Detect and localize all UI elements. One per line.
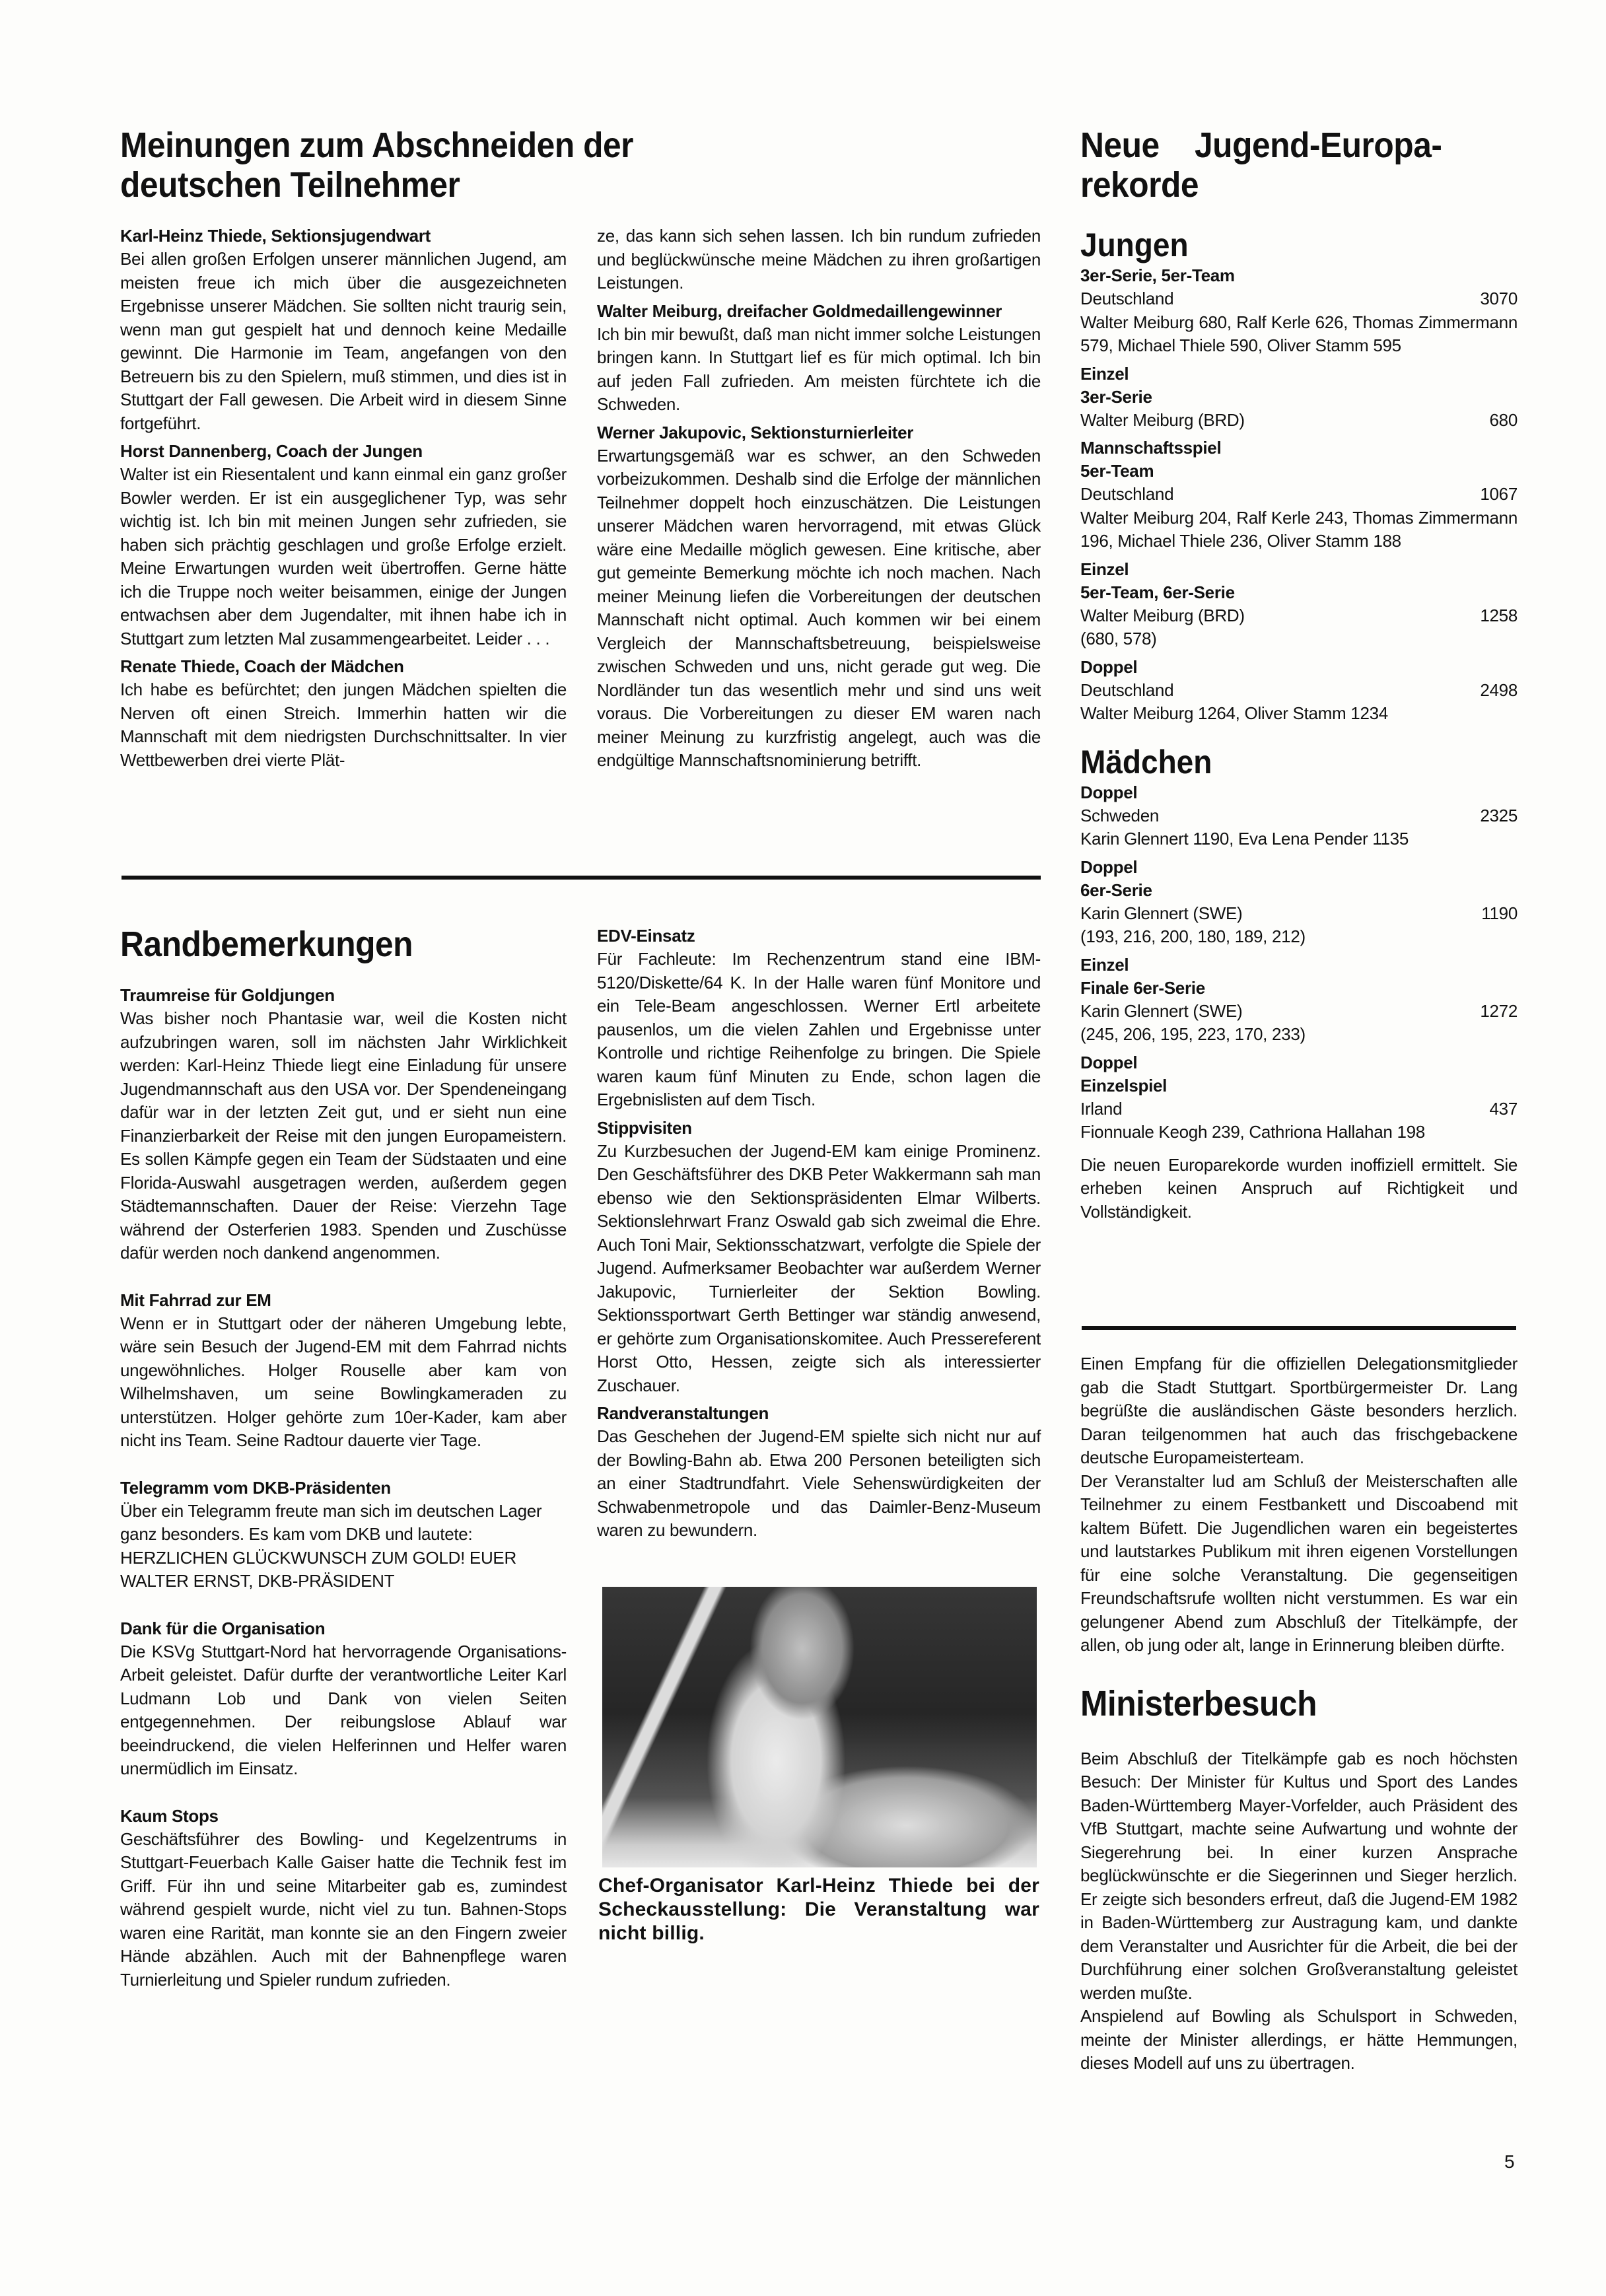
- record-entrant: Deutschland: [1080, 679, 1173, 703]
- note-traumreise: Traumreise für Goldjungen Was bisher noc…: [120, 984, 567, 1265]
- reception-column: Einen Empfang für die offiziellen Delega…: [1080, 1352, 1518, 2075]
- opinion-heading: Werner Jakupovic, Sektionsturnierleiter: [597, 421, 1041, 444]
- minister-paragraph-2: Anspielend auf Bowling als Schulsport in…: [1080, 2005, 1518, 2075]
- record-entry: Doppel Schweden 2325 Karin Glennert 1190…: [1080, 781, 1518, 851]
- note-kaum-stops: Kaum Stops Geschäftsführer des Bowling- …: [120, 1805, 567, 1992]
- record-row: Schweden 2325: [1080, 804, 1518, 828]
- minister-title: Ministerbesuch: [1080, 1684, 1483, 1723]
- record-score: 2498: [1480, 679, 1518, 703]
- note-text: Was bisher noch Phantasie war, weil die …: [120, 1007, 567, 1265]
- record-subcategory: 5er-Team: [1080, 460, 1518, 483]
- record-entrant: Karin Glennert (SWE): [1080, 1000, 1242, 1024]
- opinion-text: Erwartungsgemäß war es schwer, an den Sc…: [597, 444, 1041, 773]
- record-row: Karin Glennert (SWE) 1272: [1080, 1000, 1518, 1024]
- record-row: Irland 437: [1080, 1097, 1518, 1121]
- note-fahrrad: Mit Fahrrad zur EM Wenn er in Stuttgart …: [120, 1289, 567, 1453]
- record-subcategory: 5er-Team, 6er-Serie: [1080, 581, 1518, 604]
- opinion-jakupovic: Werner Jakupovic, Sektionsturnierleiter …: [597, 421, 1041, 773]
- record-detail: Karin Glennert 1190, Eva Lena Pender 113…: [1080, 827, 1518, 851]
- telegram-quote: HERZLICHEN GLÜCKWUNSCH ZUM GOLD! EUER WA…: [120, 1547, 567, 1593]
- opinion-text: Walter ist ein Riesentalent und kann ein…: [120, 463, 567, 650]
- record-score: 680: [1490, 409, 1518, 433]
- opinion-heading: Walter Meiburg, dreifacher Goldmedaillen…: [597, 300, 1041, 323]
- note-heading: Kaum Stops: [120, 1805, 567, 1828]
- record-row: Deutschland 3070: [1080, 287, 1518, 311]
- group-heading-maedchen: Mädchen: [1080, 743, 1483, 781]
- opinion-text-part-2: ze, das kann sich sehen lassen. Ich bin …: [597, 225, 1041, 295]
- record-entrant: Schweden: [1080, 804, 1159, 828]
- opinion-heading: Horst Dannenberg, Coach der Jungen: [120, 440, 567, 463]
- record-detail: (245, 206, 195, 223, 170, 233): [1080, 1023, 1518, 1047]
- record-score: 3070: [1480, 287, 1518, 311]
- photo-karl-heinz-thiede: [602, 1587, 1037, 1867]
- note-text: Für Fachleute: Im Rechenzentrum stand ei…: [597, 948, 1041, 1112]
- record-score: 437: [1490, 1097, 1518, 1121]
- note-text: Die KSVg Stuttgart-Nord hat hervorragend…: [120, 1640, 567, 1781]
- records-title-line-2: rekorde: [1080, 165, 1483, 205]
- records-divider-rule: [1082, 1326, 1516, 1330]
- record-subcategory: 3er-Serie: [1080, 386, 1518, 409]
- minister-paragraph-1: Beim Abschluß der Titelkämpfe gab es noc…: [1080, 1747, 1518, 2005]
- record-entry: 3er-Serie, 5er-Team Deutschland 3070 Wal…: [1080, 264, 1518, 358]
- opinion-dannenberg: Horst Dannenberg, Coach der Jungen Walte…: [120, 440, 567, 650]
- opinion-heading: Renate Thiede, Coach der Mädchen: [120, 655, 567, 678]
- note-text: Zu Kurzbesuchen der Jugend-EM kam einige…: [597, 1140, 1041, 1398]
- record-entry: Doppel Einzelspiel Irland 437 Fionnuale …: [1080, 1051, 1518, 1144]
- opinion-text: Bei allen großen Erfolgen unserer männli…: [120, 248, 567, 435]
- opinions-column-1: Karl-Heinz Thiede, Sektionsjugendwart Be…: [120, 225, 567, 777]
- record-subcategory: 6er-Serie: [1080, 879, 1518, 902]
- note-edv: EDV-Einsatz Für Fachleute: Im Rechenzent…: [597, 924, 1041, 1112]
- record-entry: Mannschaftsspiel 5er-Team Deutschland 10…: [1080, 436, 1518, 553]
- record-detail: Fionnuale Keogh 239, Cathriona Hallahan …: [1080, 1121, 1518, 1144]
- record-entrant: Walter Meiburg (BRD): [1080, 604, 1245, 628]
- record-row: Walter Meiburg (BRD) 680: [1080, 409, 1518, 433]
- note-heading: Dank für die Organisation: [120, 1617, 567, 1640]
- record-category: Einzel: [1080, 363, 1518, 386]
- marginalia-column-2: EDV-Einsatz Für Fachleute: Im Rechenzent…: [597, 924, 1041, 1547]
- record-entry: Einzel Finale 6er-Serie Karin Glennert (…: [1080, 954, 1518, 1047]
- note-text: Über ein Telegramm freute man sich im de…: [120, 1500, 567, 1547]
- record-category: Einzel: [1080, 558, 1518, 581]
- record-score: 1258: [1480, 604, 1518, 628]
- record-entrant: Deutschland: [1080, 483, 1173, 506]
- record-entry: Doppel Deutschland 2498 Walter Meiburg 1…: [1080, 656, 1518, 726]
- opinions-column-2: ze, das kann sich sehen lassen. Ich bin …: [597, 225, 1041, 777]
- note-telegramm: Telegramm vom DKB-Präsidenten Über ein T…: [120, 1477, 567, 1593]
- record-score: 1067: [1480, 483, 1518, 506]
- photo-caption: Chef-Organisator Karl-Heinz Thiede bei d…: [598, 1874, 1039, 1945]
- note-heading: Stippvisiten: [597, 1117, 1041, 1140]
- section-divider-rule: [122, 876, 1041, 880]
- record-detail: Walter Meiburg 680, Ralf Kerle 626, Thom…: [1080, 311, 1518, 358]
- opinions-title-line-1: Meinungen zum Abschneiden der: [120, 125, 728, 165]
- note-heading: Randveranstaltungen: [597, 1402, 1041, 1425]
- record-category: Doppel: [1080, 781, 1518, 804]
- record-category: Doppel: [1080, 1051, 1518, 1074]
- record-score: 1190: [1481, 902, 1518, 926]
- record-score: 2325: [1480, 804, 1518, 828]
- reception-paragraph-2: Der Veranstalter lud am Schluß der Meist…: [1080, 1470, 1518, 1657]
- record-row: Walter Meiburg (BRD) 1258: [1080, 604, 1518, 628]
- record-score: 1272: [1480, 1000, 1518, 1024]
- record-category: Doppel: [1080, 856, 1518, 879]
- record-category: Mannschaftsspiel: [1080, 436, 1518, 460]
- opinion-renate-thiede-cont: ze, das kann sich sehen lassen. Ich bin …: [597, 225, 1041, 295]
- note-randveranstaltungen: Randveranstaltungen Das Geschehen der Ju…: [597, 1402, 1041, 1543]
- opinion-text: Ich bin mir bewußt, daß man nicht immer …: [597, 323, 1041, 417]
- record-subcategory: Finale 6er-Serie: [1080, 977, 1518, 1000]
- reception-paragraph-1: Einen Empfang für die offiziellen Delega…: [1080, 1352, 1518, 1470]
- record-row: Karin Glennert (SWE) 1190: [1080, 902, 1518, 926]
- records-column: Neue Jugend-Europa- rekorde Jungen 3er-S…: [1080, 125, 1518, 1224]
- record-category: 3er-Serie, 5er-Team: [1080, 264, 1518, 287]
- opinion-heading: Karl-Heinz Thiede, Sektionsjugendwart: [120, 225, 567, 248]
- marginalia-title: Randbemerkungen: [120, 924, 438, 964]
- note-heading: Telegramm vom DKB-Präsidenten: [120, 1477, 567, 1500]
- record-entry: Einzel 3er-Serie Walter Meiburg (BRD) 68…: [1080, 363, 1518, 433]
- opinions-title: Meinungen zum Abschneiden der deutschen …: [120, 125, 781, 205]
- note-text: Geschäftsführer des Bowling- und Kegelze…: [120, 1828, 567, 1992]
- record-entrant: Karin Glennert (SWE): [1080, 902, 1242, 926]
- marginalia-column-1: Traumreise für Goldjungen Was bisher noc…: [120, 984, 567, 1992]
- opinion-meiburg: Walter Meiburg, dreifacher Goldmedaillen…: [597, 300, 1041, 417]
- group-heading-jungen: Jungen: [1080, 226, 1483, 264]
- record-subcategory: Einzelspiel: [1080, 1074, 1518, 1097]
- record-row: Deutschland 2498: [1080, 679, 1518, 703]
- record-detail: (193, 216, 200, 180, 189, 212): [1080, 925, 1518, 949]
- records-disclaimer: Die neuen Europarekorde wurden inoffizie…: [1080, 1154, 1518, 1224]
- record-entrant: Walter Meiburg (BRD): [1080, 409, 1245, 433]
- record-row: Deutschland 1067: [1080, 483, 1518, 506]
- record-entrant: Deutschland: [1080, 287, 1173, 311]
- opinion-text-part-1: Ich habe es befürchtet; den jungen Mädch…: [120, 678, 567, 772]
- record-entrant: Irland: [1080, 1097, 1122, 1121]
- record-detail: (680, 578): [1080, 627, 1518, 651]
- opinion-thiede: Karl-Heinz Thiede, Sektionsjugendwart Be…: [120, 225, 567, 435]
- record-category: Einzel: [1080, 954, 1518, 977]
- photo-caption-text: Chef-Organisator Karl-Heinz Thiede bei d…: [598, 1874, 1039, 1945]
- record-detail: Walter Meiburg 1264, Oliver Stamm 1234: [1080, 702, 1518, 726]
- marginalia-title-text: Randbemerkungen: [120, 924, 413, 964]
- record-entry: Einzel 5er-Team, 6er-Serie Walter Meibur…: [1080, 558, 1518, 651]
- record-entry: Doppel 6er-Serie Karin Glennert (SWE) 11…: [1080, 856, 1518, 949]
- opinions-title-line-2: deutschen Teilnehmer: [120, 165, 728, 205]
- record-detail: Walter Meiburg 204, Ralf Kerle 243, Thom…: [1080, 506, 1518, 553]
- note-heading: Mit Fahrrad zur EM: [120, 1289, 567, 1312]
- note-heading: Traumreise für Goldjungen: [120, 984, 567, 1007]
- record-category: Doppel: [1080, 656, 1518, 679]
- note-dank: Dank für die Organisation Die KSVg Stutt…: [120, 1617, 567, 1781]
- note-heading: EDV-Einsatz: [597, 924, 1041, 948]
- note-text: Wenn er in Stuttgart oder der näheren Um…: [120, 1312, 567, 1453]
- opinion-renate-thiede: Renate Thiede, Coach der Mädchen Ich hab…: [120, 655, 567, 772]
- note-text: Das Geschehen der Jugend-EM spielte sich…: [597, 1425, 1041, 1543]
- page-number: 5: [1504, 2151, 1515, 2173]
- records-title-line-1: Neue Jugend-Europa-: [1080, 125, 1483, 165]
- note-stippvisiten: Stippvisiten Zu Kurzbesuchen der Jugend-…: [597, 1117, 1041, 1398]
